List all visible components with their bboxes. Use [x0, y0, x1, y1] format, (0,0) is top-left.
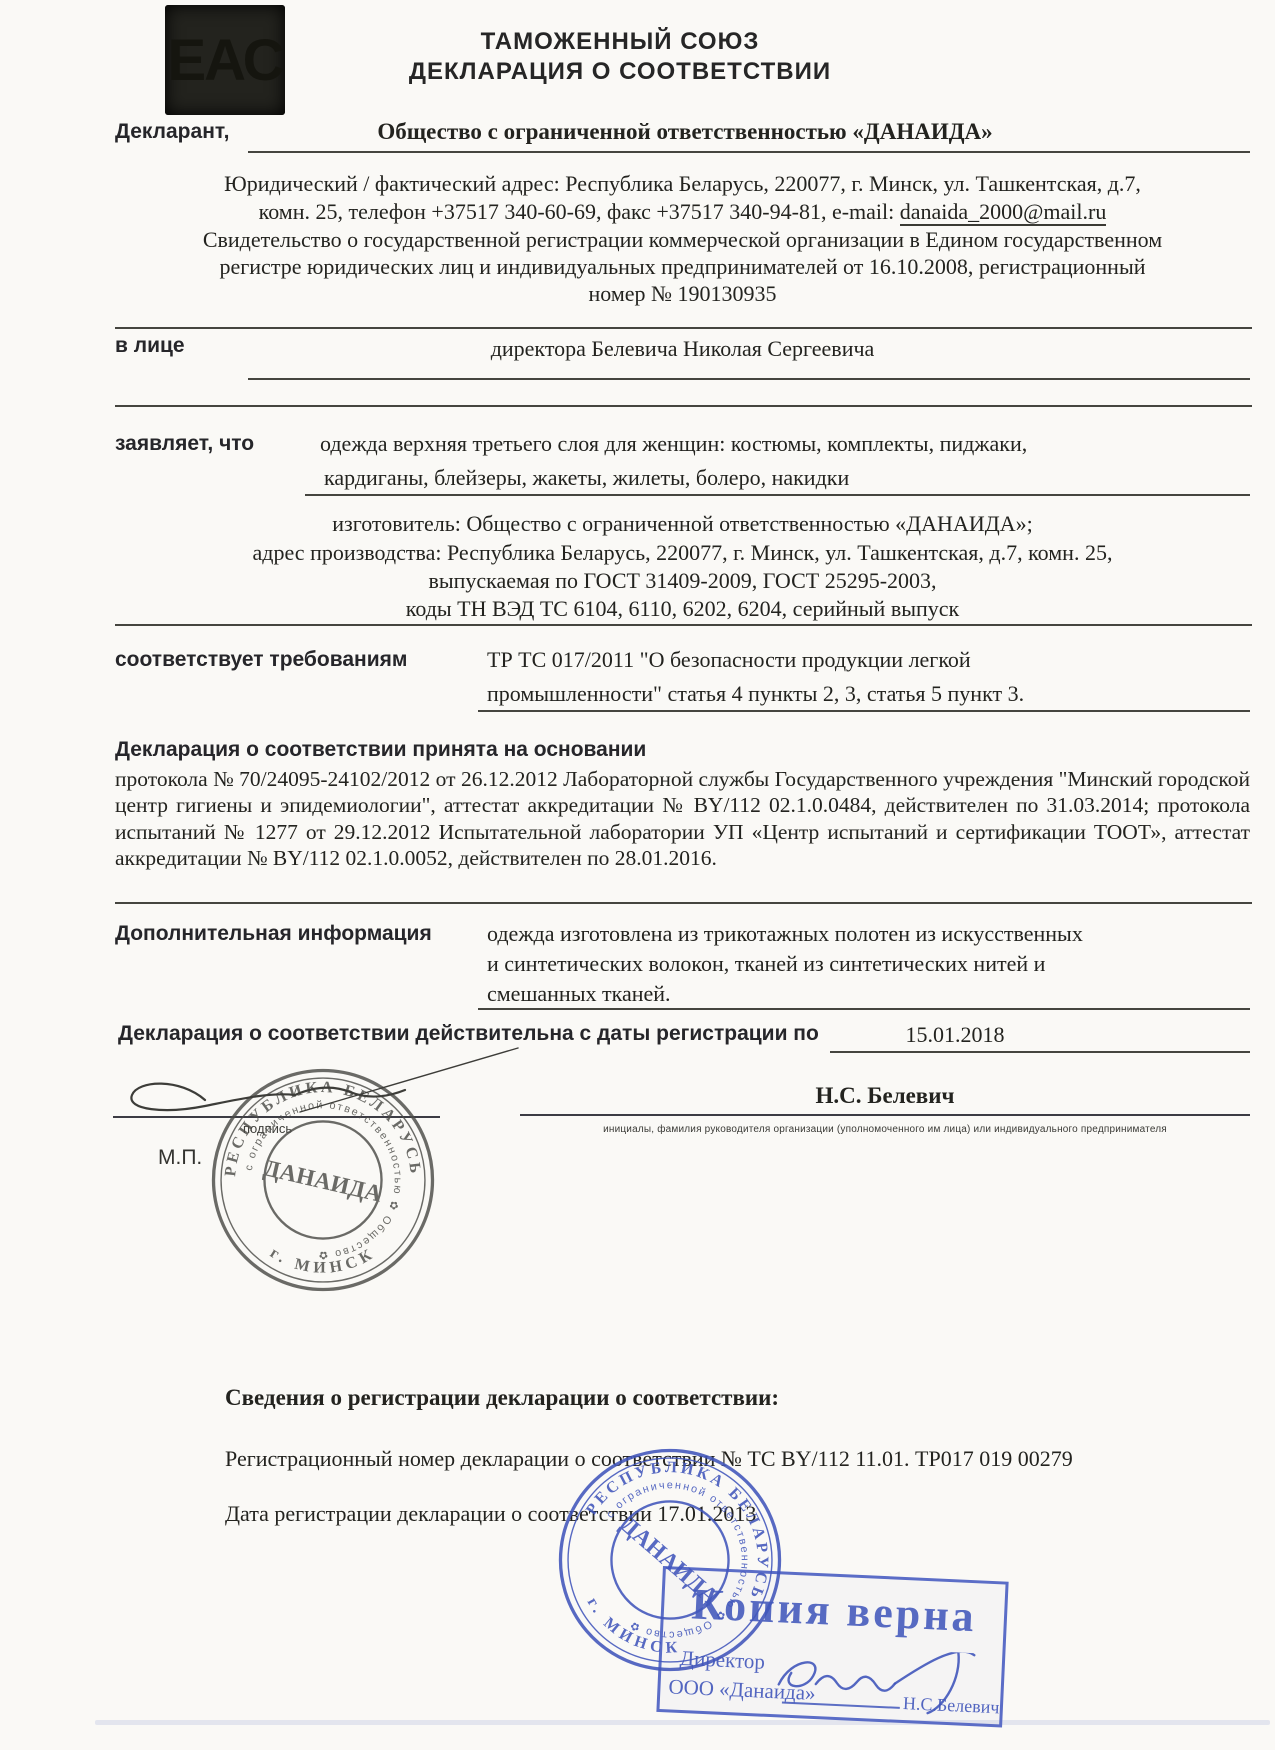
- handwritten-signature: [110, 1040, 540, 1150]
- address-line2-text: комн. 25, телефон +37517 340-60-69, факс…: [259, 199, 900, 224]
- basis-heading: Декларация о соответствии принята на осн…: [115, 738, 646, 762]
- declares-line2: кардиганы, блейзеры, жакеты, жилеты, бол…: [324, 464, 849, 491]
- copy-true-title: Копия верна: [663, 1577, 1005, 1643]
- scan-streak: [95, 1720, 1270, 1725]
- email-link[interactable]: danaida_2000@mail.ru: [900, 199, 1107, 226]
- additional-label: Дополнительная информация: [115, 922, 432, 946]
- address-line2: комн. 25, телефон +37517 340-60-69, факс…: [115, 198, 1250, 225]
- declarant-underline: [248, 151, 1250, 153]
- document-title-line1: ТАМОЖЕННЫЙ СОЮЗ: [0, 28, 1240, 56]
- company-round-stamp-grey: РЕСПУБЛИКА БЕЛАРУСЬ г. МИНСК с ограничен…: [205, 1062, 441, 1298]
- svg-text:г. МИНСК: г. МИНСК: [267, 1244, 379, 1276]
- in-person-value: директора Белевича Николая Сергеевича: [115, 335, 1250, 362]
- validity-underline: [830, 1051, 1250, 1053]
- basis-paragraph: протокола № 70/24095-24102/2012 от 26.12…: [115, 766, 1250, 872]
- divider-rule-3: [115, 624, 1252, 626]
- declaration-document: ЕАС ТАМОЖЕННЫЙ СОЮЗ ДЕКЛАРАЦИЯ О СООТВЕТ…: [0, 0, 1275, 1750]
- additional-line2: и синтетических волокон, тканей из синте…: [487, 950, 1045, 977]
- copy-stamp-position: Директор: [679, 1646, 765, 1675]
- stamp-outer-bottom-text: г. МИНСК: [267, 1244, 379, 1276]
- signature-caption: инициалы, фамилия руководителя организац…: [603, 1124, 1167, 1135]
- divider-rule-2: [115, 405, 1252, 407]
- mp-label: М.П.: [158, 1146, 202, 1170]
- validity-label: Декларация о соответствии действительна …: [118, 1022, 819, 1046]
- registration-date-line: Дата регистрации декларации о соответств…: [225, 1501, 756, 1527]
- director-signature: [759, 1644, 992, 1722]
- divider-rule-4: [115, 902, 1252, 904]
- document-title-line2: ДЕКЛАРАЦИЯ О СООТВЕТСТВИИ: [0, 58, 1240, 86]
- manufacturer-line4: коды ТН ВЭД ТС 6104, 6110, 6202, 6204, с…: [115, 595, 1250, 622]
- conforms-label: соответствует требованиям: [115, 648, 407, 672]
- declarant-value: Общество с ограниченной ответственностью…: [125, 119, 1245, 145]
- signature-line-left: [113, 1116, 440, 1118]
- manufacturer-line1: изготовитель: Общество с ограниченной от…: [115, 510, 1250, 537]
- address-line5: номер № 190130935: [115, 280, 1250, 307]
- registration-heading: Сведения о регистрации декларации о соот…: [225, 1385, 779, 1411]
- additional-line3: смешанных тканей.: [487, 980, 671, 1007]
- stamp-center-text: ДАНАИДА: [261, 1155, 384, 1207]
- in-person-underline: [248, 378, 1250, 380]
- address-line3: Свидетельство о государственной регистра…: [115, 226, 1250, 253]
- address-line1: Юридический / фактический адрес: Республ…: [115, 170, 1250, 197]
- divider-rule-1: [115, 327, 1252, 329]
- manufacturer-line3: выпускаемая по ГОСТ 31409-2009, ГОСТ 252…: [115, 567, 1250, 594]
- declares-line1: одежда верхняя третьего слоя для женщин:…: [320, 430, 1027, 457]
- signature-line-right: [520, 1114, 1250, 1116]
- additional-line1: одежда изготовлена из трикотажных полоте…: [487, 920, 1083, 947]
- declares-underline: [305, 494, 1250, 496]
- signature-caption-wrap: инициалы, фамилия руководителя организац…: [520, 1119, 1250, 1137]
- conforms-underline: [478, 710, 1250, 712]
- head-signature-name: Н.С. Белевич: [520, 1083, 1250, 1109]
- conforms-line2: промышленности" статья 4 пункты 2, 3, ст…: [487, 680, 1024, 707]
- declares-label: заявляет, что: [115, 432, 254, 456]
- conforms-line1: ТР ТС 017/2011 "О безопасности продукции…: [487, 646, 971, 673]
- additional-underline: [478, 1008, 1250, 1010]
- podpis-caption: подпись: [243, 1121, 292, 1136]
- registration-number-line: Регистрационный номер декларации о соотв…: [225, 1446, 1073, 1472]
- validity-date: 15.01.2018: [830, 1021, 1080, 1048]
- address-line4: регистре юридических лиц и индивидуальны…: [115, 253, 1250, 280]
- copy-true-stamp: Копия верна Директор ООО «Данаида» Н.С.Б…: [656, 1566, 1008, 1728]
- manufacturer-line2: адрес производства: Республика Беларусь,…: [115, 539, 1250, 566]
